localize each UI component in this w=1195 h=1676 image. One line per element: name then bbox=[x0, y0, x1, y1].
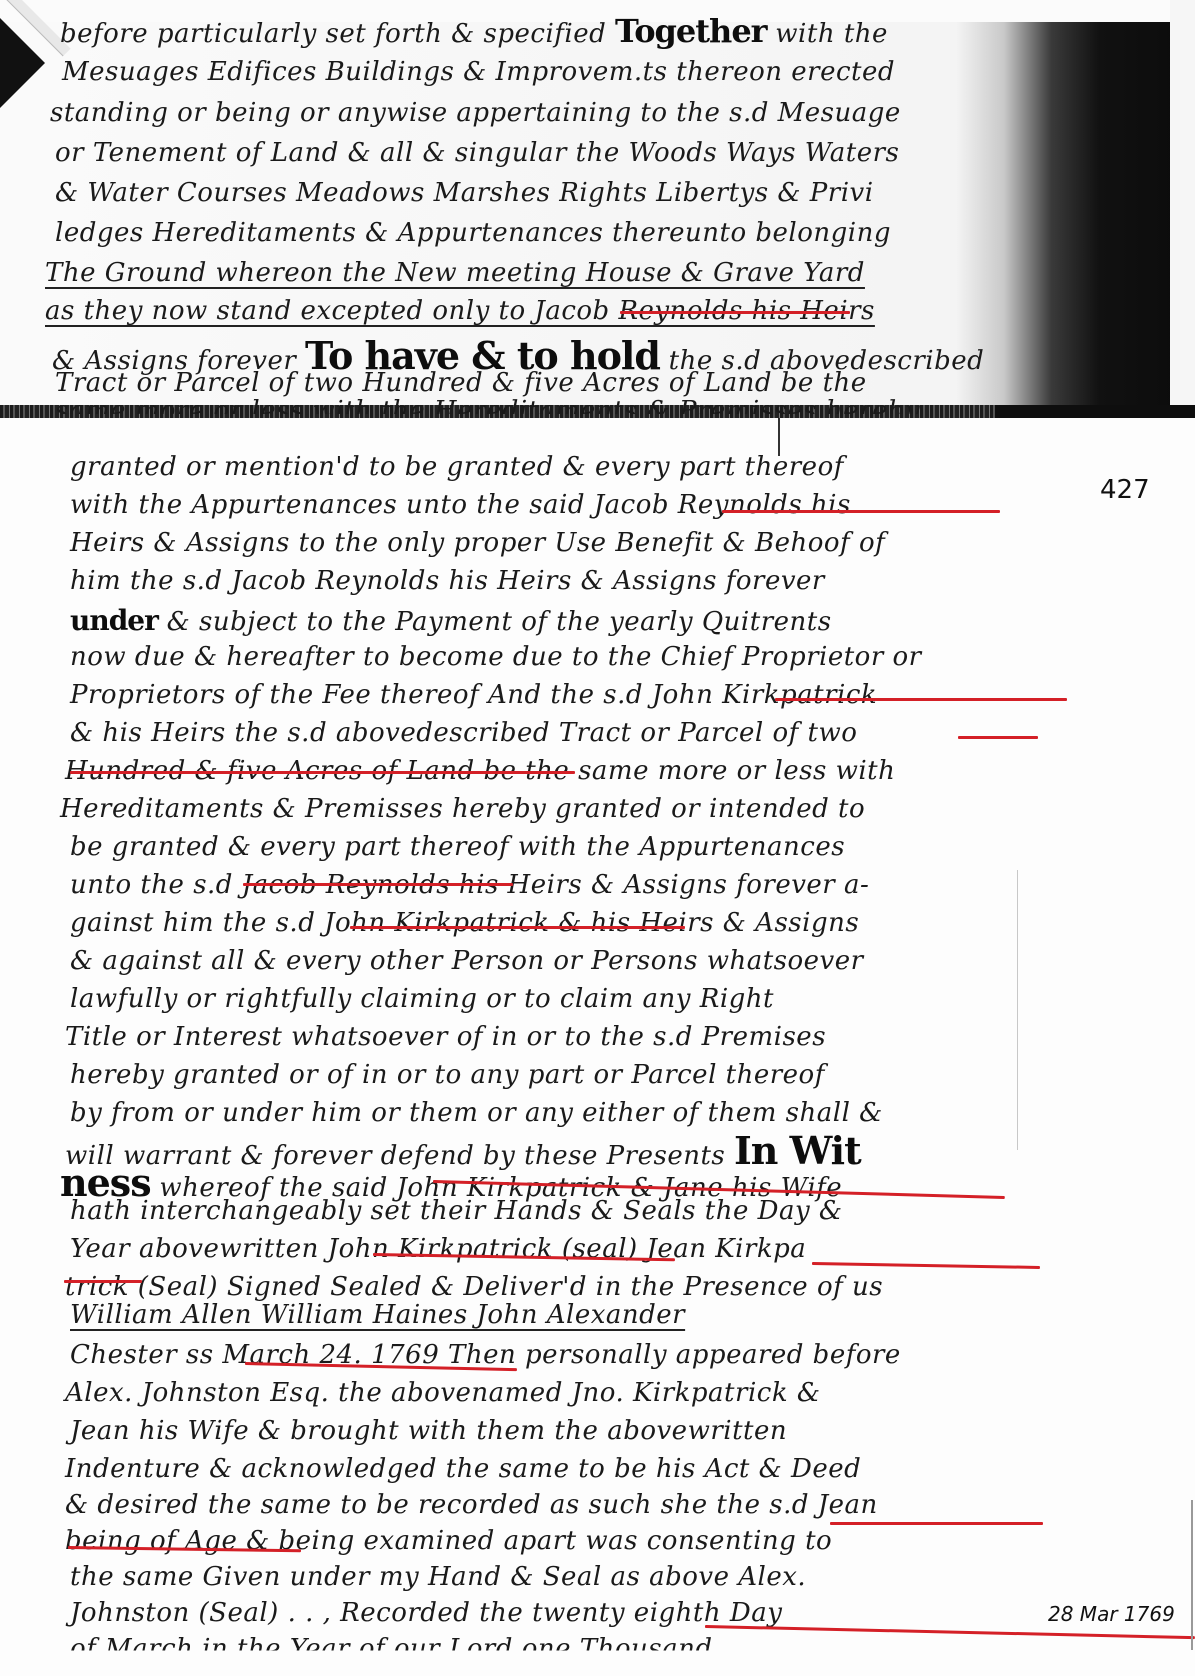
body-line-24: William Allen William Haines John Alexan… bbox=[70, 1300, 685, 1330]
body-line-16: Title or Interest whatsoever of in or to… bbox=[65, 1022, 826, 1052]
under-blackletter: under bbox=[70, 604, 158, 637]
paper-right-edge bbox=[1170, 0, 1195, 418]
scan-edge-rule bbox=[1191, 1500, 1193, 1650]
body-line-33: of March in the Year of our Lord one Tho… bbox=[70, 1634, 712, 1664]
red-underline-john-kirkpatrick-1 bbox=[775, 698, 1067, 701]
red-underline-trick bbox=[64, 1280, 142, 1283]
margin-date-note: 28 Mar 1769 bbox=[1048, 1602, 1175, 1626]
body-line-14: & against all & every other Person or Pe… bbox=[70, 946, 864, 976]
red-underline-jacob-reynolds-2 bbox=[243, 883, 513, 886]
body-line-11: be granted & every part thereof with the… bbox=[70, 832, 845, 862]
body-line-13: gainst him the s.d John Kirkpatrick & hi… bbox=[70, 908, 859, 938]
top-line-1: before particularly set forth & specifie… bbox=[60, 12, 888, 50]
top-line-2: Mesuages Edifices Buildings & Improvem.t… bbox=[62, 57, 895, 87]
body-line-3: Heirs & Assigns to the only proper Use B… bbox=[70, 528, 885, 558]
body-line-5: under & subject to the Payment of the ye… bbox=[70, 604, 832, 637]
body-line-1: granted or mention'd to be granted & eve… bbox=[70, 452, 844, 482]
top-line-3: standing or being or anywise appertainin… bbox=[50, 98, 901, 128]
top-line-5: & Water Courses Meadows Marshes Rights L… bbox=[55, 178, 874, 208]
body-line-23: trick (Seal) Signed Sealed & Deliver'd i… bbox=[65, 1272, 883, 1302]
body-line-10: Hereditaments & Premisses hereby granted… bbox=[60, 794, 865, 824]
red-underline-jean-kirkpatrick bbox=[812, 1262, 1040, 1269]
body-line-29: & desired the same to be recorded as suc… bbox=[65, 1490, 878, 1520]
together-blackletter: Together bbox=[615, 12, 766, 50]
body-line-21: hath interchangeably set their Hands & S… bbox=[70, 1196, 843, 1226]
body-line-28: Indenture & acknowledged the same to be … bbox=[65, 1454, 861, 1484]
body-line-31: the same Given under my Hand & Seal as a… bbox=[70, 1562, 806, 1592]
body-line-6: now due & hereafter to become due to the… bbox=[70, 642, 922, 672]
top-line-11: same more or less with the Hereditaments… bbox=[55, 396, 920, 426]
red-underline-acres-of-land bbox=[70, 771, 575, 774]
red-underline-the-sd-jean bbox=[830, 1522, 1043, 1525]
scan-noise-strip-right bbox=[995, 405, 1195, 418]
body-line-22: Year abovewritten John Kirkpatrick (seal… bbox=[70, 1234, 806, 1264]
page-number: 427 bbox=[1100, 475, 1150, 505]
body-line-17: hereby granted or of in or to any part o… bbox=[70, 1060, 825, 1090]
body-line-18: by from or under him or them or any eith… bbox=[70, 1098, 883, 1128]
body-line-32: Johnston (Seal) . . , Recorded the twent… bbox=[70, 1598, 782, 1628]
top-line-6: ledges Hereditaments & Appurtenances the… bbox=[55, 218, 891, 248]
red-underline-jacob-reynolds-1 bbox=[722, 510, 1000, 513]
body-line-26: Alex. Johnston Esq. the abovenamed Jno. … bbox=[65, 1378, 820, 1408]
body-line-4: him the s.d Jacob Reynolds his Heirs & A… bbox=[70, 566, 825, 596]
body-line-27: Jean his Wife & brought with them the ab… bbox=[70, 1416, 787, 1446]
red-underline-jacob-reynolds-top bbox=[620, 311, 850, 314]
top-line-10: Tract or Parcel of two Hundred & five Ac… bbox=[55, 368, 867, 398]
red-underline-two bbox=[958, 736, 1038, 739]
body-line-2: with the Appurtenances unto the said Jac… bbox=[70, 490, 851, 520]
top-line-7: The Ground whereon the New meeting House… bbox=[45, 258, 865, 288]
fold-mark bbox=[778, 418, 780, 456]
body-line-25: Chester ss March 24. 1769 Then personall… bbox=[70, 1340, 901, 1370]
body-line-15: lawfully or rightfully claiming or to cl… bbox=[70, 984, 774, 1014]
top-line-4: or Tenement of Land & all & singular the… bbox=[55, 138, 899, 168]
body-line-7: Proprietors of the Fee thereof And the s… bbox=[70, 680, 877, 710]
scan-margin-rule bbox=[1017, 870, 1018, 1150]
body-line-8: & his Heirs the s.d abovedescribed Tract… bbox=[70, 718, 857, 748]
body-line-30: being of Age & being examined apart was … bbox=[65, 1526, 832, 1556]
deed-page: before particularly set forth & specifie… bbox=[0, 0, 1195, 1676]
red-underline-john-kirkpatrick-2 bbox=[350, 926, 685, 929]
red-underline-twenty-eighth-day bbox=[705, 1625, 1195, 1639]
